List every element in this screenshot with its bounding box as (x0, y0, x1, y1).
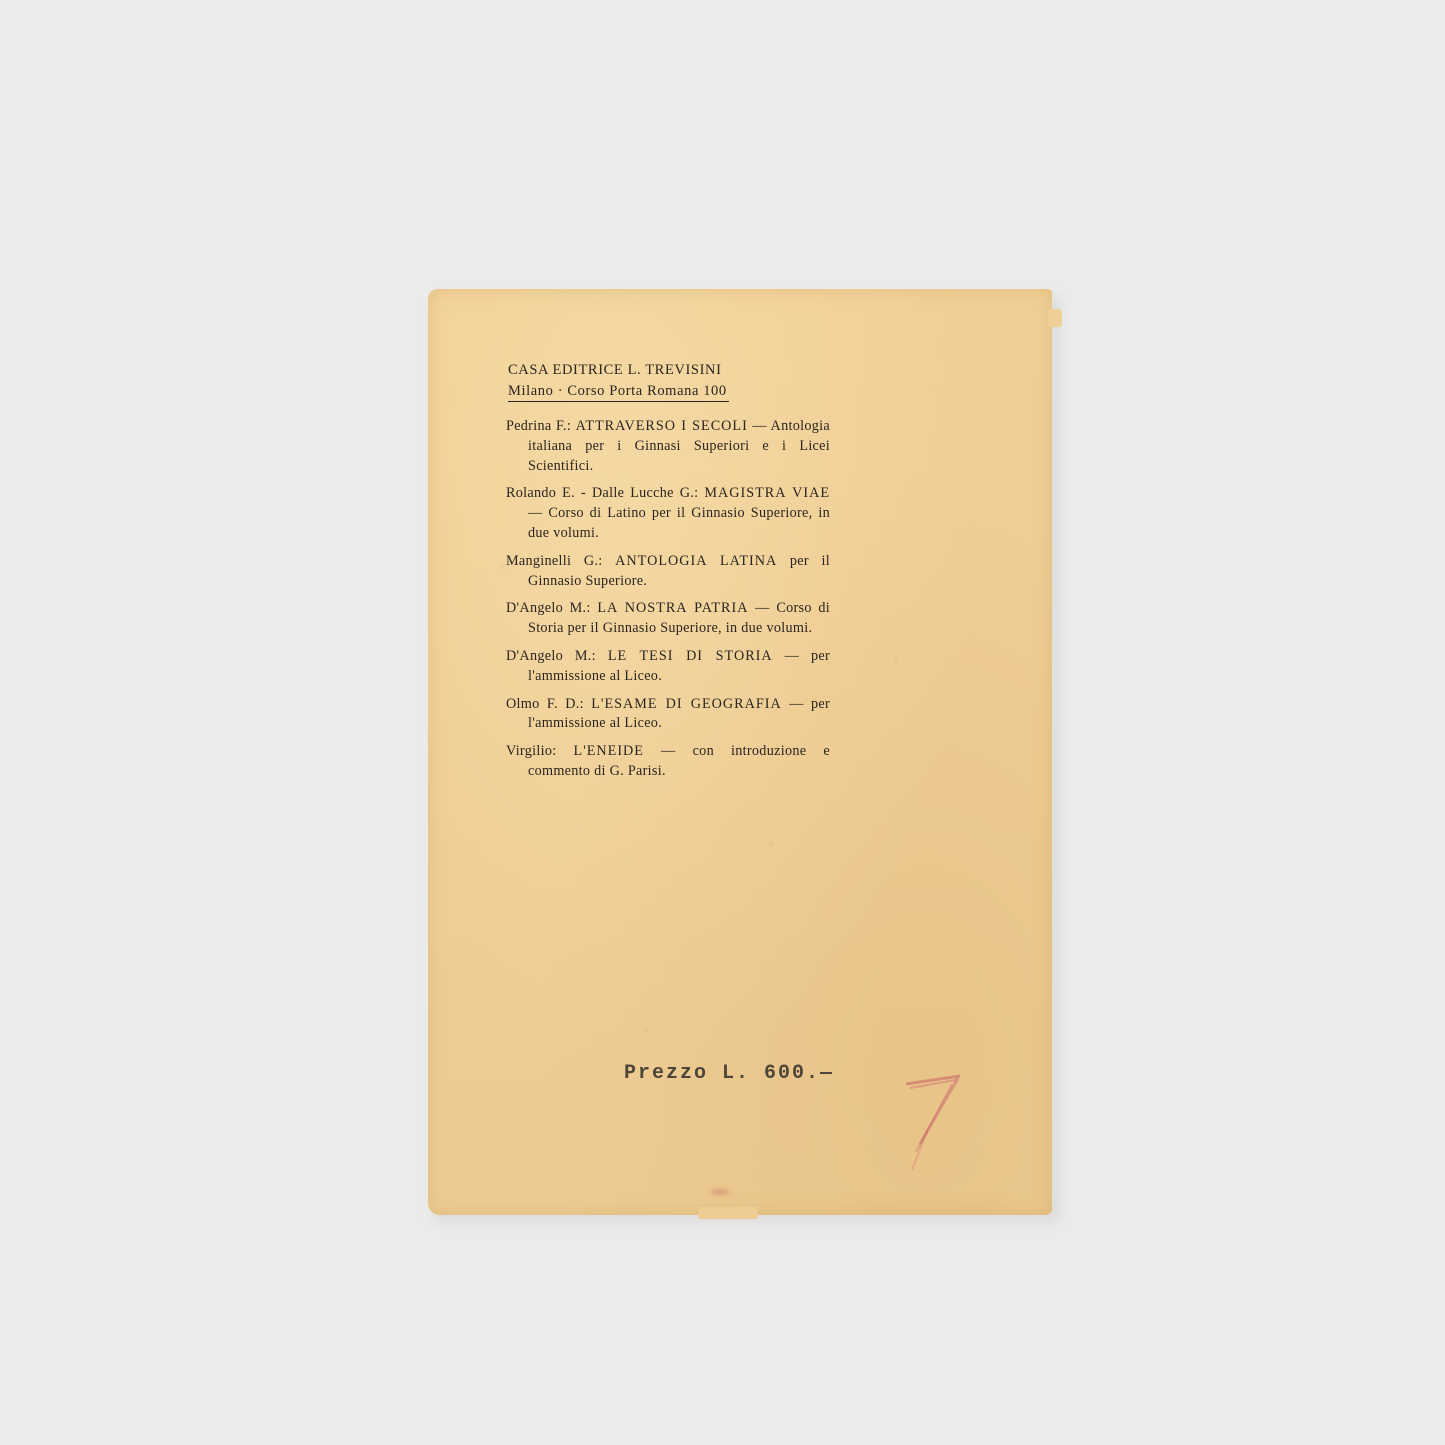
publisher-address: Milano · Corso Porta Romana 100 (508, 381, 729, 402)
entry-title: MAGISTRA VIAE (704, 485, 830, 501)
price-stamp: Prezzo L. 600.— (624, 1062, 834, 1085)
entry-title: ANTOLOGIA LATINA (615, 553, 777, 569)
bottom-flap (698, 1207, 758, 1219)
entry-author: Rolando E. - Dalle Lucche G.: (506, 485, 698, 501)
entry-author: Virgilio: (506, 743, 556, 759)
torn-corner (1048, 309, 1062, 327)
publisher-name: CASA EDITRICE L. TREVISINI (508, 359, 729, 381)
book-catalog-list: Pedrina F.: ATTRAVERSO I SECOLI — Antolo… (506, 417, 830, 790)
entry-author: Pedrina F.: (506, 418, 571, 434)
pencil-mark-icon (898, 1074, 968, 1174)
publisher-header: CASA EDITRICE L. TREVISINI Milano · Cors… (508, 359, 729, 402)
entry-author: D'Angelo M.: (506, 600, 591, 616)
entry-title: LE TESI DI STORIA (608, 648, 773, 664)
entry-author: D'Angelo M.: (506, 648, 596, 664)
catalog-entry: D'Angelo M.: LE TESI DI STORIA — per l'a… (506, 647, 830, 687)
catalog-entry: Pedrina F.: ATTRAVERSO I SECOLI — Antolo… (506, 417, 830, 476)
entry-title: ATTRAVERSO I SECOLI (576, 418, 748, 434)
entry-title: L'ENEIDE (574, 743, 644, 759)
catalog-entry: D'Angelo M.: LA NOSTRA PATRIA — Corso di… (506, 599, 830, 639)
pencil-smudge (705, 1186, 735, 1198)
catalog-entry: Virgilio: L'ENEIDE — con introduzione e … (506, 742, 830, 782)
catalog-entry: Olmo F. D.: L'ESAME DI GEOGRAFIA — per l… (506, 695, 830, 735)
catalog-entry: Manginelli G.: ANTOLOGIA LATINA per il G… (506, 552, 830, 592)
entry-title: L'ESAME DI GEOGRAFIA (591, 696, 781, 712)
entry-title: LA NOSTRA PATRIA (597, 600, 748, 616)
entry-author: Olmo F. D.: (506, 696, 584, 712)
book-back-cover: CASA EDITRICE L. TREVISINI Milano · Cors… (428, 289, 1052, 1215)
catalog-entry: Rolando E. - Dalle Lucche G.: MAGISTRA V… (506, 484, 830, 543)
entry-author: Manginelli G.: (506, 553, 603, 569)
entry-description: — Corso di Latino per il Ginnasio Superi… (528, 505, 830, 541)
